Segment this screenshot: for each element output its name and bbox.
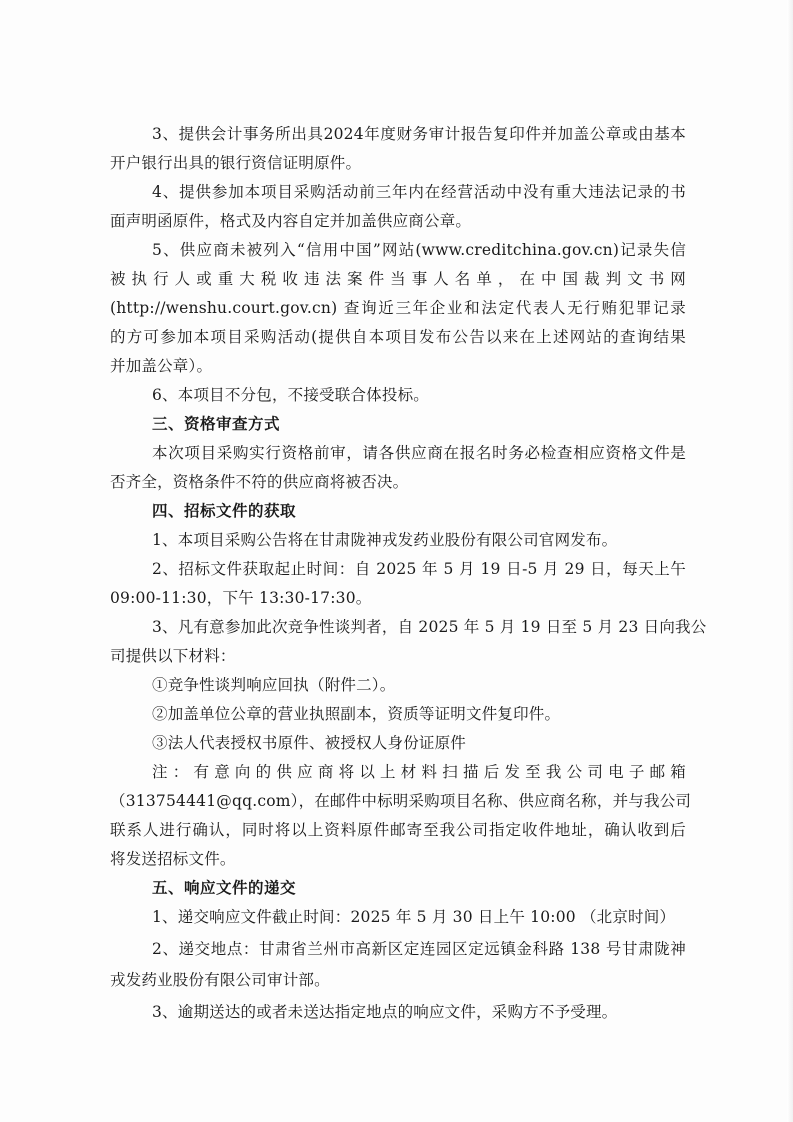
item-5-line-3: (http://wenshu.court.gov.cn) 查询近三年企业和法定代…	[110, 296, 686, 320]
s4-item-2-line-1: 2、招标文件获取起止时间：自 2025 年 5 月 19 日-5 月 29 日，…	[152, 557, 686, 581]
page-edge-shadow	[787, 0, 793, 1122]
item-4-line-1: 4、提供参加本项目采购活动前三年内在经营活动中没有重大违法记录的书	[152, 180, 686, 204]
s4-item-1-line-1: 1、本项目采购公告将在甘肃陇神戎发药业股份有限公司官网发布。	[152, 528, 686, 552]
section-3-heading: 三、资格审查方式	[152, 412, 686, 436]
item-5-line-4: 的方可参加本项目采购活动(提供自本项目发布公告以来在上述网站的查询结果	[110, 325, 686, 349]
note-line-2: （313754441@qq.com），在邮件中标明采购项目名称、供应商名称，并与…	[110, 789, 686, 813]
s5-item-2-line-2: 戎发药业股份有限公司审计部。	[110, 968, 686, 992]
s5-item-2-line-1: 2、递交地点：甘肃省兰州市高新区定连园区定远镇金科路 138 号甘肃陇神	[152, 937, 686, 961]
note-line-3: 联系人进行确认，同时将以上资料原件邮寄至我公司指定收件地址，确认收到后	[110, 818, 686, 842]
item-5-line-5: 并加盖公章）。	[110, 354, 686, 378]
section-4-heading: 四、招标文件的获取	[152, 499, 686, 523]
item-5-line-1: 5、供应商未被列入“信用中国”网站(www.creditchina.gov.cn…	[152, 238, 686, 262]
item-3-line-1: 3、提供会计事务所出具2024年度财务审计报告复印件并加盖公章或由基本	[152, 122, 686, 146]
item-3-line-2: 开户银行出具的银行资信证明原件。	[110, 151, 686, 175]
material-3: ③法人代表授权书原件、被授权人身份证原件	[152, 731, 686, 755]
s4-item-3-line-2: 司提供以下材料：	[110, 644, 686, 668]
note-line-4: 将发送招标文件。	[110, 847, 686, 871]
item-4-line-2: 面声明函原件，格式及内容自定并加盖供应商公章。	[110, 209, 686, 233]
s4-item-3-line-1: 3、凡有意参加此次竞争性谈判者，自 2025 年 5 月 19 日至 5 月 2…	[152, 615, 686, 639]
s5-item-3-line-1: 3、逾期送达的或者未送达指定地点的响应文件，采购方不予受理。	[152, 1000, 686, 1024]
scanned-page: 3、提供会计事务所出具2024年度财务审计报告复印件并加盖公章或由基本 开户银行…	[0, 0, 793, 1122]
material-2: ②加盖单位公章的营业执照副本，资质等证明文件复印件。	[152, 702, 686, 726]
section-5-heading: 五、响应文件的递交	[152, 876, 686, 900]
item-5-line-2: 被执行人或重大税收违法案件当事人名单，在中国裁判文书网	[110, 267, 686, 291]
note-line-1: 注：有意向的供应商将以上材料扫描后发至我公司电子邮箱	[152, 760, 686, 784]
material-1: ①竞争性谈判响应回执（附件二）。	[152, 673, 686, 697]
s4-item-2-line-2: 09:00-11:30，下午 13:30-17:30。	[110, 586, 686, 610]
review-text-line-1: 本次项目采购实行资格前审，请各供应商在报名时务必检查相应资格文件是	[152, 441, 686, 465]
s5-item-1-line-1: 1、递交响应文件截止时间：2025 年 5 月 30 日上午 10:00 （北京…	[152, 905, 686, 929]
item-6-line-1: 6、本项目不分包，不接受联合体投标。	[152, 383, 686, 407]
review-text-line-2: 否齐全，资格条件不符的供应商将被否决。	[110, 470, 686, 494]
